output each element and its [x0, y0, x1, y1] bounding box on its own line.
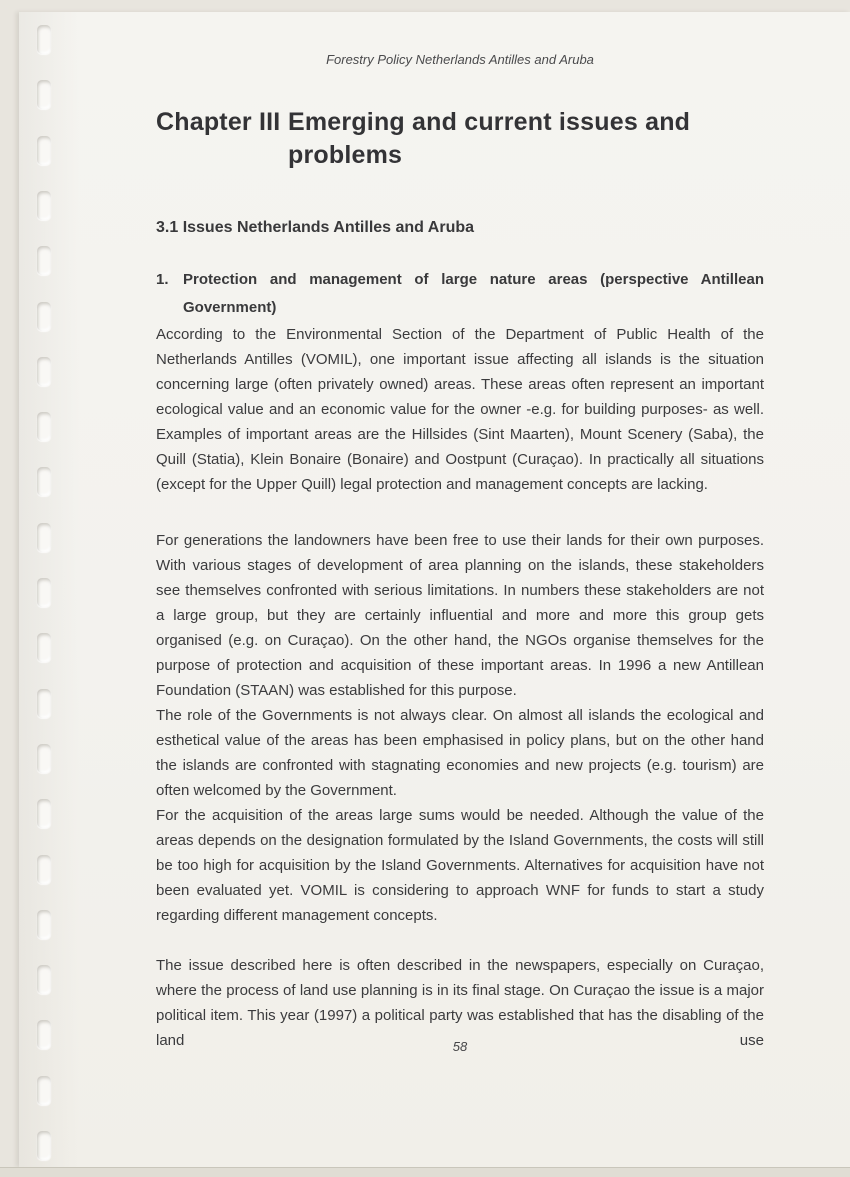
page-bottom-edge	[0, 1167, 850, 1177]
binding-hole	[37, 191, 51, 220]
paragraph: According to the Environmental Section o…	[156, 322, 764, 497]
binding-hole	[37, 467, 51, 496]
page-number: 58	[156, 1039, 764, 1054]
paragraph: For the acquisition of the areas large s…	[156, 803, 764, 928]
binding-hole	[37, 523, 51, 552]
binding-hole	[37, 1076, 51, 1105]
page-sheet: Forestry Policy Netherlands Antilles and…	[19, 12, 850, 1167]
paragraph: The issue described here is often descri…	[156, 953, 764, 1053]
chapter-label: Chapter III	[156, 106, 288, 172]
issue-item-title: Protection and management of large natur…	[183, 266, 764, 322]
binding-hole	[37, 25, 51, 54]
paragraph: For generations the landowners have been…	[156, 528, 764, 703]
section-heading: 3.1 Issues Netherlands Antilles and Arub…	[156, 219, 764, 237]
binding-hole	[37, 302, 51, 331]
binding-hole	[37, 412, 51, 441]
binding-hole	[37, 136, 51, 165]
binding-hole	[37, 578, 51, 607]
binding-hole	[37, 799, 51, 828]
binding-hole	[37, 689, 51, 718]
binding-hole	[37, 744, 51, 773]
issue-item-heading: 1. Protection and management of large na…	[156, 266, 764, 322]
issue-item-number: 1.	[156, 266, 183, 322]
binding-hole	[37, 357, 51, 386]
binding-hole	[37, 1131, 51, 1160]
binding-hole	[37, 80, 51, 109]
scan-background: { "document": { "running_header": "Fores…	[0, 0, 850, 1177]
chapter-heading: Chapter III Emerging and current issues …	[156, 106, 796, 172]
binding-hole	[37, 910, 51, 939]
chapter-title: Emerging and current issues and problems	[288, 106, 718, 172]
binding-hole	[37, 246, 51, 275]
binding-hole	[37, 965, 51, 994]
paragraph: The role of the Governments is not alway…	[156, 703, 764, 803]
running-header: Forestry Policy Netherlands Antilles and…	[156, 52, 764, 67]
body-text: According to the Environmental Section o…	[156, 322, 764, 1053]
binding-hole	[37, 633, 51, 662]
binding-hole	[37, 1020, 51, 1049]
binding-hole	[37, 855, 51, 884]
